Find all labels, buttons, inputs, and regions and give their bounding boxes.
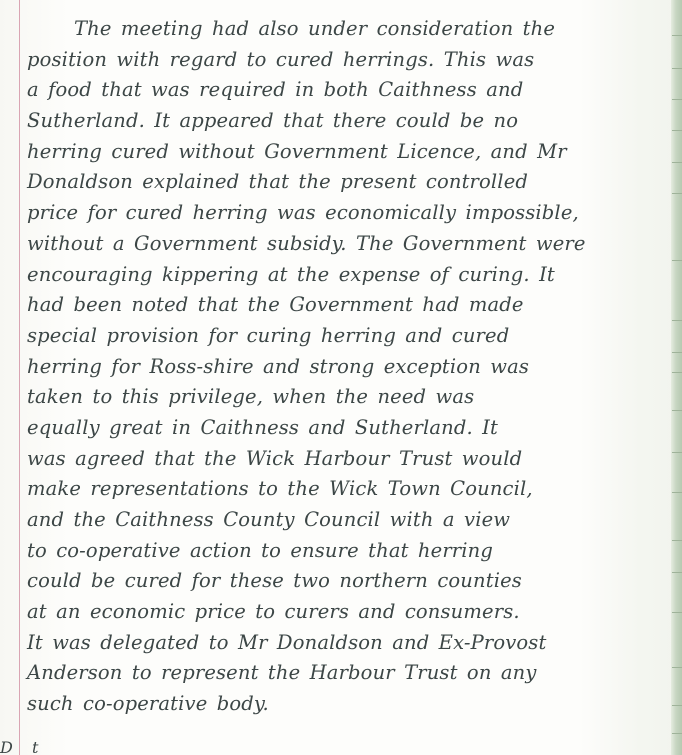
text-line: equally great in Caithness and Sutherlan…	[27, 413, 657, 444]
text-line: price for cured herring was economically…	[27, 198, 657, 229]
edge-tick	[672, 193, 682, 194]
text-line: encouraging kippering at the expense of …	[27, 260, 657, 291]
text-line: was agreed that the Wick Harbour Trust w…	[27, 444, 657, 475]
text-line: taken to this privilege, when the need w…	[27, 382, 657, 413]
text-line: Donaldson explained that the present con…	[27, 167, 657, 198]
page-edge-binding	[671, 0, 682, 755]
edge-tick	[672, 492, 682, 493]
text-line: and the Caithness County Council with a …	[27, 505, 657, 536]
scanned-page: The meeting had also under consideration…	[0, 0, 682, 755]
edge-tick	[672, 68, 682, 69]
text-line: Anderson to represent the Harbour Trust …	[27, 658, 657, 689]
text-line: Sutherland. It appeared that there could…	[27, 106, 657, 137]
edge-tick	[672, 162, 682, 163]
edge-tick	[672, 452, 682, 453]
margin-rule	[19, 0, 20, 755]
margin-fragment: D	[0, 738, 13, 755]
text-line: make representations to the Wick Town Co…	[27, 474, 657, 505]
text-line: The meeting had also under consideration…	[27, 14, 657, 45]
edge-tick	[672, 572, 682, 573]
text-line: herring for Ross-shire and strong except…	[27, 352, 657, 383]
handwritten-paragraph: The meeting had also under consideration…	[27, 14, 657, 720]
edge-tick	[672, 99, 682, 100]
text-fragment: t	[32, 738, 38, 755]
edge-tick	[672, 352, 682, 353]
text-line: at an economic price to curers and consu…	[27, 597, 657, 628]
edge-tick	[672, 260, 682, 261]
edge-tick	[672, 705, 682, 706]
text-line: could be cured for these two northern co…	[27, 566, 657, 597]
edge-tick	[672, 540, 682, 541]
text-line: such co-operative body.	[27, 689, 657, 720]
text-line: position with regard to cured herrings. …	[27, 45, 657, 76]
text-line: without a Government subsidy. The Govern…	[27, 229, 657, 260]
edge-tick	[672, 35, 682, 36]
edge-tick	[672, 667, 682, 668]
text-line: a food that was required in both Caithne…	[27, 75, 657, 106]
edge-tick	[672, 612, 682, 613]
text-line: herring cured without Government Licence…	[27, 137, 657, 168]
cut-off-next-line: D t	[0, 738, 60, 755]
edge-tick	[672, 320, 682, 321]
text-line: had been noted that the Government had m…	[27, 290, 657, 321]
edge-tick	[672, 372, 682, 373]
edge-tick	[672, 130, 682, 131]
text-line: It was delegated to Mr Donaldson and Ex-…	[27, 628, 657, 659]
text-line: to co-operative action to ensure that he…	[27, 536, 657, 567]
edge-tick	[672, 410, 682, 411]
text-line: special provision for curing herring and…	[27, 321, 657, 352]
edge-tick	[672, 733, 682, 734]
